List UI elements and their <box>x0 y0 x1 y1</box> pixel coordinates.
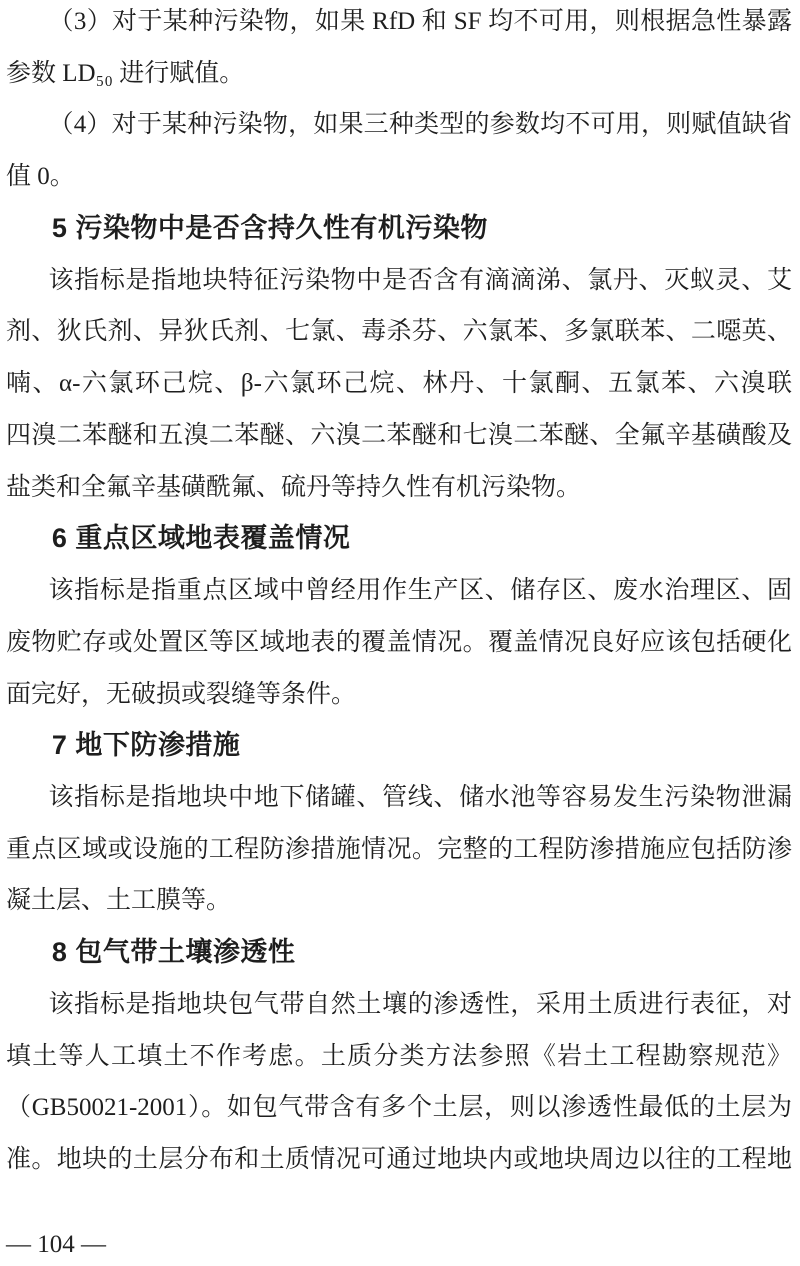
page-number: — 104 — <box>6 1231 106 1258</box>
paragraph-line: 值 0。 <box>6 151 792 203</box>
paragraph-line: 凝土层、土工膜等。 <box>6 875 792 927</box>
paragraph-line: 填土等人工填土不作考虑。土质分类方法参照《岩土工程勘察规范》 <box>6 1031 792 1083</box>
paragraph-line: （GB50021-2001）。如包气带含有多个土层，则以渗透性最低的土层为 <box>6 1082 792 1134</box>
document-text: （3）对于某种污染物，如果 RfD 和 SF 均不可用，则根据急性暴露 参数 L… <box>6 0 792 1186</box>
document-page: （3）对于某种污染物，如果 RfD 和 SF 均不可用，则根据急性暴露 参数 L… <box>0 0 800 1266</box>
page-footer: — 104 — <box>6 1232 106 1258</box>
section-heading-5: 5 污染物中是否含持久性有机污染物 <box>6 203 792 255</box>
section-heading-6: 6 重点区域地表覆盖情况 <box>6 513 792 565</box>
paragraph-line: 该指标是指重点区域中曾经用作生产区、储存区、废水治理区、固体 <box>6 565 792 617</box>
paragraph-line: 盐类和全氟辛基磺酰氟、硫丹等持久性有机污染物。 <box>6 462 792 514</box>
paragraph-line: 该指标是指地块包气带自然土壤的渗透性，采用土质进行表征，对杂 <box>6 979 792 1031</box>
paragraph-line: 准。地块的土层分布和土质情况可通过地块内或地块周边以往的工程地质 <box>6 1134 792 1186</box>
paragraph-line: 剂、狄氏剂、异狄氏剂、七氯、毒杀芬、六氯苯、多氯联苯、二噁英、呋 <box>6 306 792 358</box>
paragraph-line: 面完好，无破损或裂缝等条件。 <box>6 669 792 721</box>
paragraph-line: 喃、α-六氯环己烷、β-六氯环己烷、林丹、十氯酮、五氯苯、六溴联苯、 <box>6 358 792 410</box>
paragraph-line: 重点区域或设施的工程防渗措施情况。完整的工程防渗措施应包括防渗混 <box>6 824 792 876</box>
paragraph-line: 该指标是指地块特征污染物中是否含有滴滴涕、氯丹、灭蚁灵、艾氏 <box>6 255 792 307</box>
paragraph-line: 废物贮存或处置区等区域地表的覆盖情况。覆盖情况良好应该包括硬化地 <box>6 617 792 669</box>
section-heading-7: 7 地下防渗措施 <box>6 720 792 772</box>
paragraph-line: （3）对于某种污染物，如果 RfD 和 SF 均不可用，则根据急性暴露 <box>6 0 792 48</box>
paragraph-line: 四溴二苯醚和五溴二苯醚、六溴二苯醚和七溴二苯醚、全氟辛基磺酸及其 <box>6 410 792 462</box>
paragraph-line: 参数 LD₅₀ 进行赋值。 <box>6 48 792 100</box>
paragraph-line: 该指标是指地块中地下储罐、管线、储水池等容易发生污染物泄漏的 <box>6 772 792 824</box>
paragraph-line: （4）对于某种污染物，如果三种类型的参数均不可用，则赋值缺省 <box>6 99 792 151</box>
section-heading-8: 8 包气带土壤渗透性 <box>6 927 792 979</box>
